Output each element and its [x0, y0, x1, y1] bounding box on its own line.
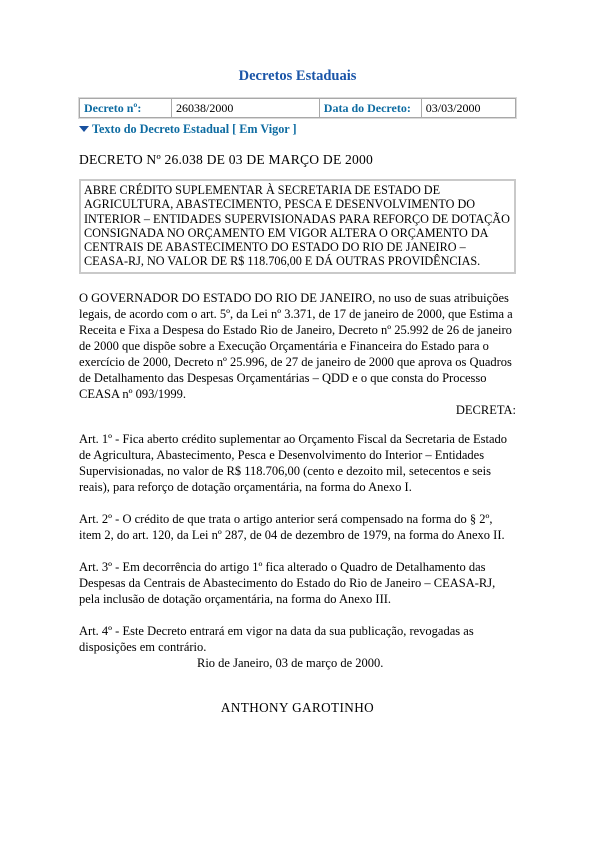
- decree-date-value: 03/03/2000: [421, 99, 515, 118]
- table-row: Decreto nº: 26038/2000 Data do Decreto: …: [80, 99, 516, 118]
- page-title: Decretos Estaduais: [79, 67, 516, 85]
- article-3: Art. 3º - Em decorrência do artigo 1º fi…: [79, 559, 516, 607]
- decree-text-toggle-label[interactable]: Texto do Decreto Estadual [ Em Vigor ]: [92, 122, 297, 136]
- decree-text-toggle-link[interactable]: Texto do Decreto Estadual [ Em Vigor ]: [79, 122, 516, 137]
- document-content: Decretos Estaduais Decreto nº: 26038/200…: [79, 0, 516, 716]
- place-date-line: Rio de Janeiro, 03 de março de 2000.: [79, 655, 516, 671]
- article-4: Art. 4º - Este Decreto entrará em vigor …: [79, 623, 516, 655]
- document-page: Decretos Estaduais Decreto nº: 26038/200…: [0, 0, 595, 842]
- decree-summary-box: ABRE CRÉDITO SUPLEMENTAR À SECRETARIA DE…: [79, 179, 516, 274]
- article-2: Art. 2º - O crédito de que trata o artig…: [79, 511, 516, 543]
- triangle-down-icon[interactable]: [79, 126, 89, 132]
- decree-date-label: Data do Decreto:: [319, 99, 421, 118]
- article-1: Art. 1º - Fica aberto crédito suplementa…: [79, 431, 516, 495]
- decree-meta-table: Decreto nº: 26038/2000 Data do Decreto: …: [79, 98, 516, 118]
- decree-preamble: O GOVERNADOR DO ESTADO DO RIO DE JANEIRO…: [79, 290, 516, 402]
- decree-number-label: Decreto nº:: [80, 99, 172, 118]
- decreta-line: DECRETA:: [79, 402, 516, 418]
- decree-number-value: 26038/2000: [171, 99, 319, 118]
- decree-heading: DECRETO Nº 26.038 DE 03 DE MARÇO DE 2000: [79, 151, 516, 168]
- signature-name: ANTHONY GAROTINHO: [79, 699, 516, 716]
